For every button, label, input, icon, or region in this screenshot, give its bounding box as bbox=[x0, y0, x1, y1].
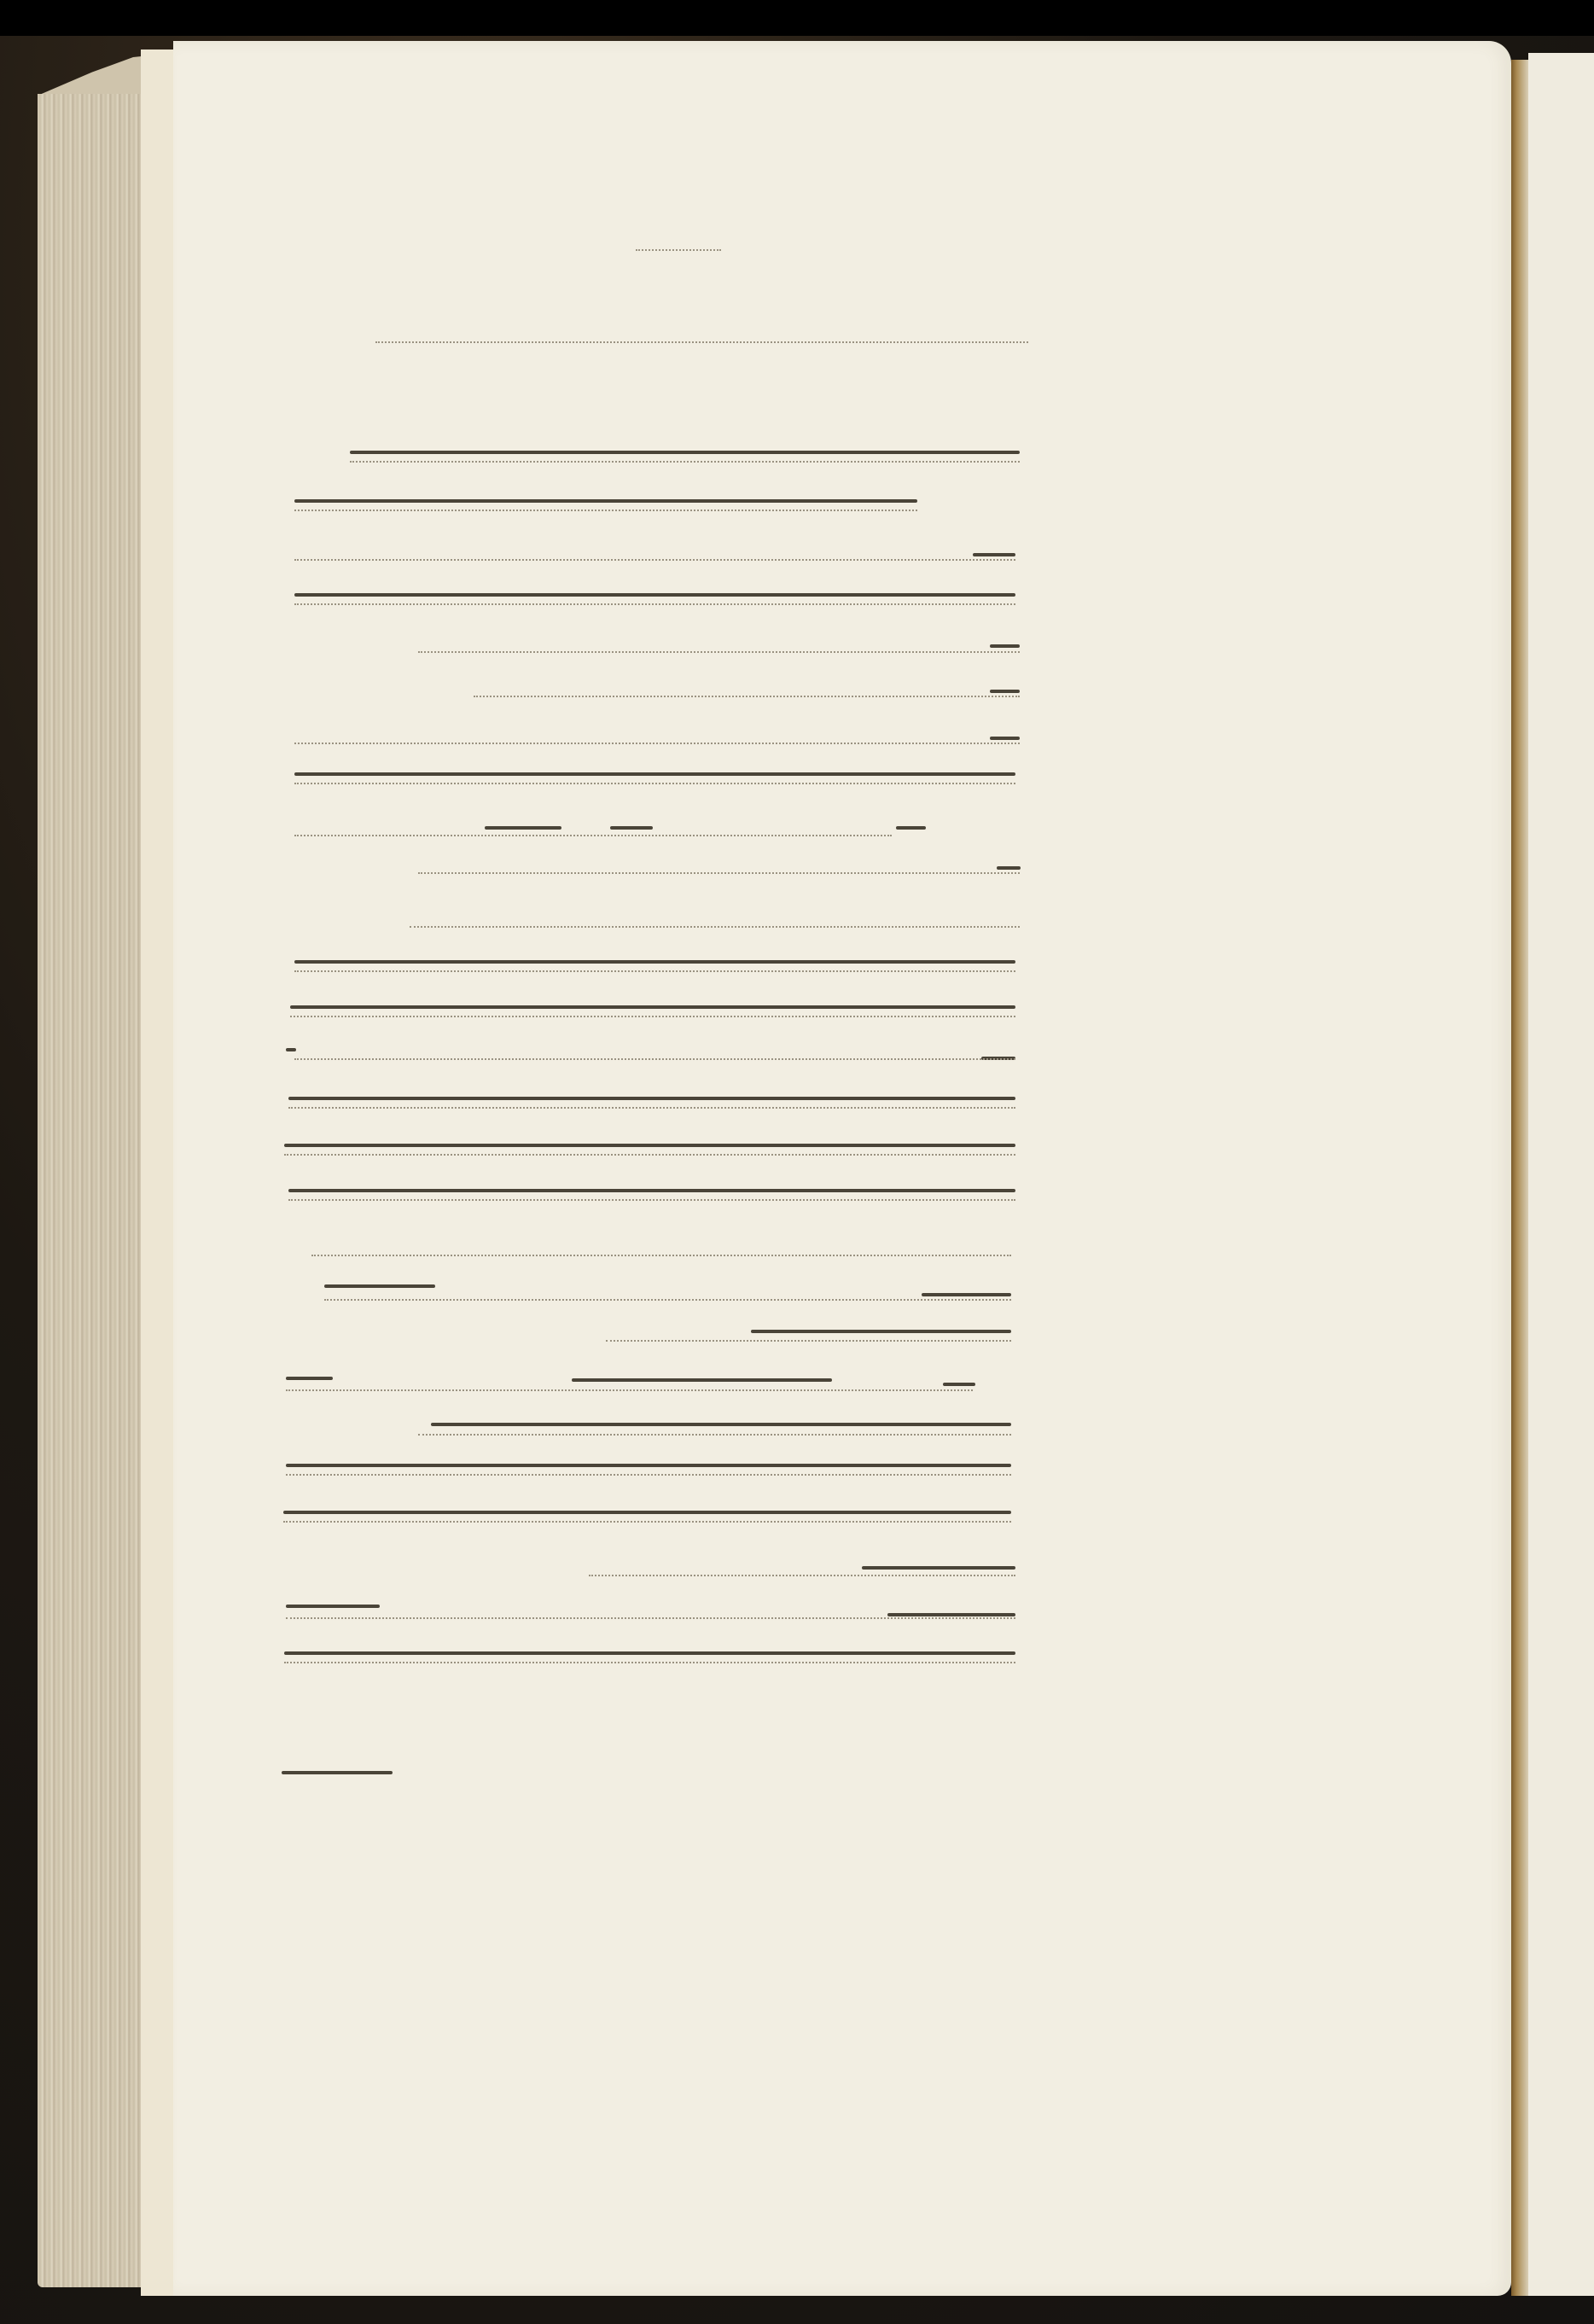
rule bbox=[284, 1144, 1015, 1147]
book-gutter bbox=[1511, 60, 1528, 2296]
dotted-line bbox=[350, 461, 1020, 463]
dotted-line bbox=[288, 1107, 1015, 1109]
rule bbox=[943, 1383, 975, 1386]
dotted-line bbox=[324, 1299, 1011, 1301]
dotted-line bbox=[589, 1575, 1015, 1576]
dotted-line bbox=[290, 1016, 1015, 1017]
rule bbox=[896, 826, 926, 830]
dotted-line bbox=[286, 1617, 1015, 1619]
dotted-line bbox=[375, 341, 1028, 343]
rule bbox=[283, 1511, 1011, 1514]
rule bbox=[286, 1377, 333, 1380]
rule bbox=[862, 1566, 1015, 1570]
rule bbox=[973, 553, 1015, 556]
rule bbox=[290, 1005, 1015, 1009]
page-inner-strip bbox=[141, 50, 174, 2296]
rule bbox=[350, 451, 1020, 454]
dotted-line bbox=[294, 510, 917, 511]
dotted-line bbox=[288, 1199, 1015, 1201]
rule bbox=[610, 826, 653, 830]
register-page bbox=[173, 41, 1511, 2296]
dotted-line bbox=[294, 970, 1015, 972]
rule bbox=[485, 826, 561, 830]
dotted-line bbox=[294, 743, 1020, 744]
rule bbox=[572, 1378, 832, 1382]
dotted-line bbox=[283, 1521, 1011, 1523]
dotted-line bbox=[286, 1474, 1011, 1476]
dotted-line bbox=[294, 1058, 1015, 1060]
dotted-line bbox=[284, 1154, 1015, 1156]
rule bbox=[922, 1293, 1011, 1296]
rule bbox=[990, 737, 1020, 740]
page-edges bbox=[38, 94, 144, 2287]
rule bbox=[997, 866, 1021, 870]
dotted-line bbox=[286, 1389, 973, 1391]
rule bbox=[751, 1330, 1011, 1333]
rule bbox=[294, 499, 917, 503]
rule bbox=[284, 1651, 1015, 1655]
rule bbox=[294, 960, 1015, 964]
rule bbox=[294, 772, 1015, 776]
dotted-line bbox=[410, 926, 1020, 928]
dotted-line bbox=[294, 835, 892, 836]
dotted-line bbox=[418, 651, 1020, 653]
dotted-line bbox=[474, 696, 1020, 697]
rule bbox=[286, 1464, 1011, 1467]
dotted-line bbox=[294, 559, 1015, 561]
rule bbox=[887, 1613, 1015, 1616]
dotted-line bbox=[606, 1340, 1011, 1342]
rule bbox=[431, 1423, 1011, 1426]
dotted-line bbox=[294, 783, 1015, 784]
rule bbox=[288, 1189, 1015, 1192]
dotted-line bbox=[418, 1434, 1011, 1436]
rule bbox=[282, 1771, 393, 1774]
window-title bbox=[0, 0, 1594, 36]
dotted-line bbox=[311, 1255, 1011, 1256]
rule bbox=[990, 644, 1020, 648]
dotted-line bbox=[418, 872, 1020, 874]
rule bbox=[286, 1605, 380, 1608]
facing-page-edge bbox=[1528, 53, 1594, 2296]
rule bbox=[324, 1284, 435, 1288]
rule bbox=[990, 690, 1020, 693]
dotted-line bbox=[284, 1662, 1015, 1663]
rule bbox=[294, 593, 1015, 597]
dotted-line bbox=[294, 603, 1015, 605]
dotted-line bbox=[636, 249, 721, 251]
rule bbox=[286, 1048, 296, 1051]
rule bbox=[288, 1097, 1015, 1100]
